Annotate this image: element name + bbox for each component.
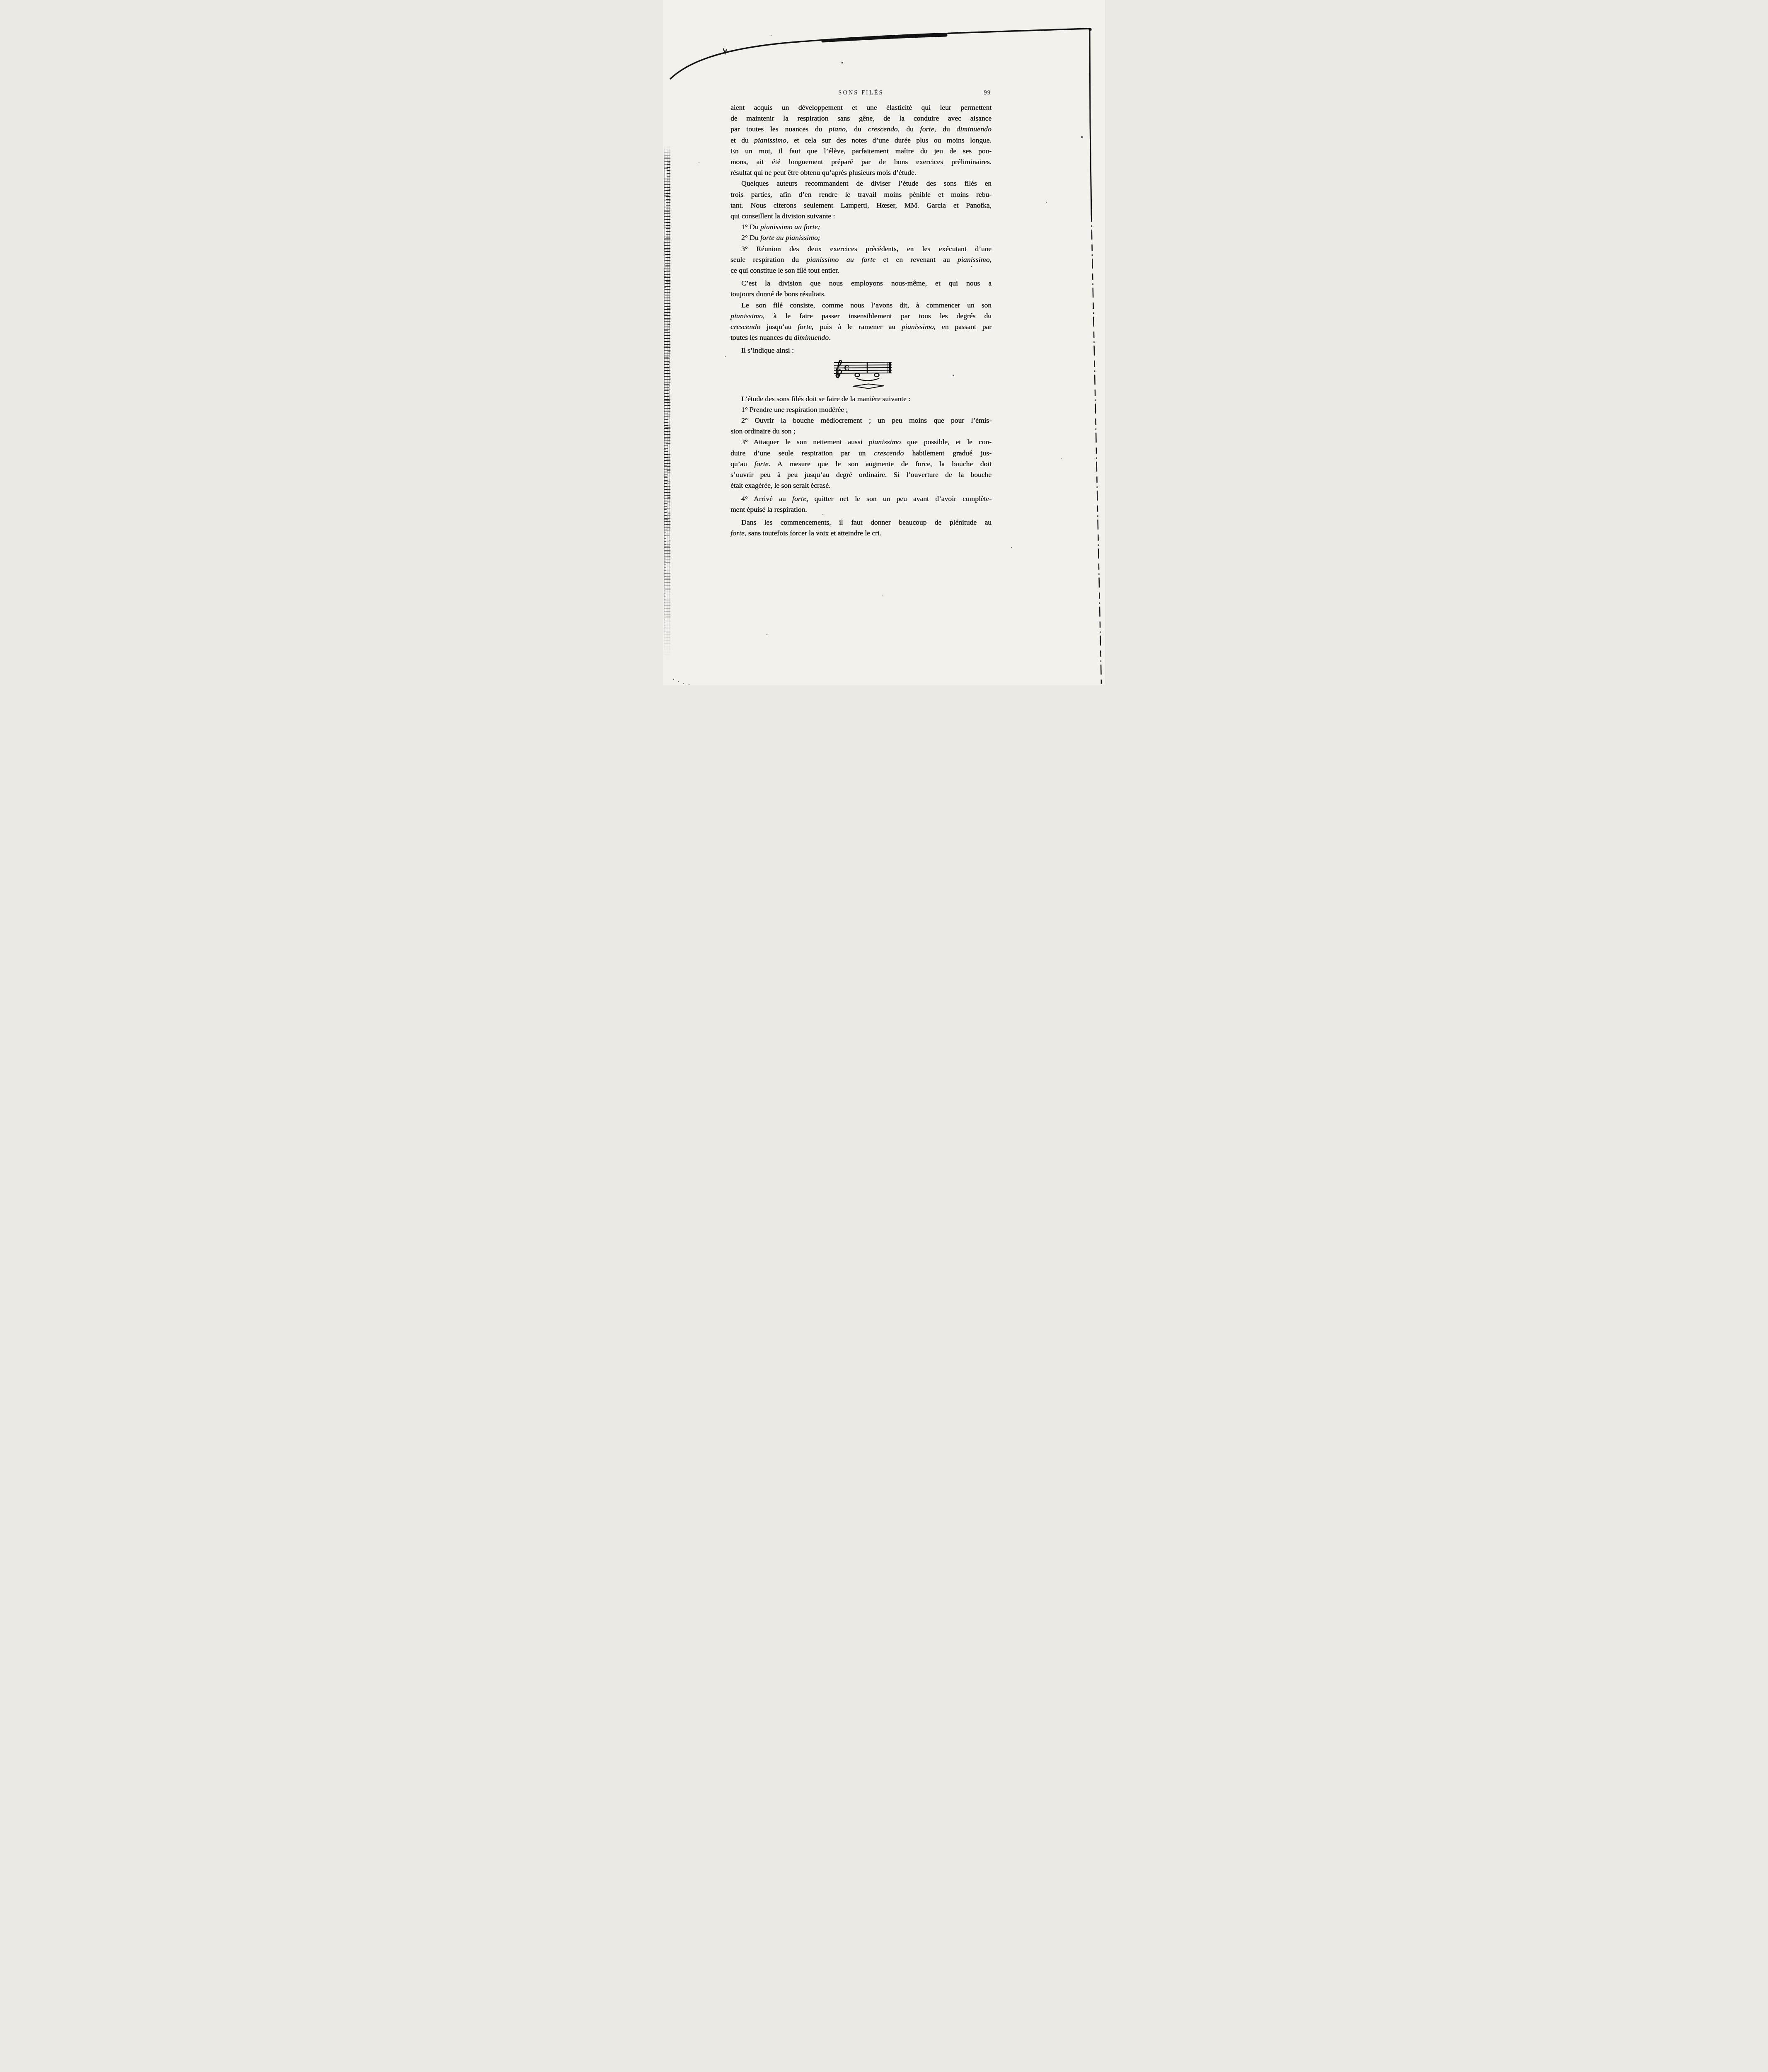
text-line: 4° Arrivé au forte, quitter net le son u… xyxy=(730,493,992,504)
time-signature: C xyxy=(844,364,849,372)
text-line: Le son filé consiste, comme nous l’avons… xyxy=(730,300,992,310)
list2-item-3: 3° Attaquer le son nettement aussi piani… xyxy=(730,436,992,491)
text-line: qui conseillent la division suivante : xyxy=(730,211,992,221)
text-line: sion ordinaire du son ; xyxy=(730,426,992,436)
paragraph-continuation: aient acquis un développement et une éla… xyxy=(730,102,992,178)
text-block: aient acquis un développement et une éla… xyxy=(730,102,992,538)
list2-item-1: 1° Prendre une respiration modérée ; xyxy=(730,404,992,415)
text-line: Il s’indique ainsi : xyxy=(730,345,992,356)
text-line: seule respiration du pianissimo au forte… xyxy=(730,254,992,265)
page-curl-line-thick xyxy=(823,35,946,41)
text-line: ce qui constitue le son filé tout entier… xyxy=(730,265,992,276)
text-line: 2° Ouvrir la bouche médiocrement ; un pe… xyxy=(730,415,992,426)
right-edge-line xyxy=(1090,29,1091,215)
paragraph-indique: Il s’indique ainsi : xyxy=(730,345,992,356)
text-line: résultat qui ne peut être obtenu qu’aprè… xyxy=(730,167,992,178)
list1-item-3: 3° Réunion des deux exercices précédents… xyxy=(730,243,992,276)
whole-note-2 xyxy=(875,373,879,377)
page-curl-notch xyxy=(723,49,726,53)
corner-blob xyxy=(1089,28,1092,31)
text-line: toutes les nuances du diminuendo. xyxy=(730,332,992,343)
text-line: par toutes les nuances du piano, du cres… xyxy=(730,123,992,134)
list2-item-4: 4° Arrivé au forte, quitter net le son u… xyxy=(730,493,992,515)
running-head: SONS FILÉS 99 xyxy=(730,90,992,99)
text-line: aient acquis un développement et une éla… xyxy=(730,102,992,113)
swell-mark xyxy=(853,384,884,388)
paragraph-son-file: Le son filé consiste, comme nous l’avons… xyxy=(730,300,992,343)
text-line: duire d’une seule respiration par un cre… xyxy=(730,448,992,458)
staff-lines xyxy=(834,362,892,373)
text-line: mons, ait été longuement préparé par de … xyxy=(730,156,992,167)
paragraph-division: C’est la division que nous employons nou… xyxy=(730,278,992,299)
text-line: et du pianissimo, et cela sur des notes … xyxy=(730,135,992,145)
text-line: pianissimo, à le faire passer insensible… xyxy=(730,310,992,321)
text-line: C’est la division que nous employons nou… xyxy=(730,278,992,288)
text-line: En un mot, il faut que l’élève, parfaite… xyxy=(730,145,992,156)
text-line: de maintenir la respiration sans gêne, d… xyxy=(730,113,992,123)
whole-note-1 xyxy=(855,373,860,377)
text-line: L’étude des sons filés doit se faire de … xyxy=(730,393,992,404)
right-edge-line-dashed xyxy=(1091,215,1101,684)
paragraph-authors: Quelques auteurs recommandent de diviser… xyxy=(730,178,992,221)
text-line: était exagérée, le son serait écrasé. xyxy=(730,480,992,491)
paragraph-etude: L’étude des sons filés doit se faire de … xyxy=(730,393,992,404)
text-line: 1° Prendre une respiration modérée ; xyxy=(730,404,992,415)
text-line: ment épuisé la respiration. xyxy=(730,504,992,515)
text-line: forte, sans toutefois forcer la voix et … xyxy=(730,528,992,538)
text-line: Dans les commencements, il faut donner b… xyxy=(730,517,992,528)
text-line: 1° Du pianissimo au forte; xyxy=(730,221,992,232)
music-figure: C xyxy=(832,360,895,391)
dust-specks xyxy=(663,0,664,1)
text-line: 3° Réunion des deux exercices précédents… xyxy=(730,243,992,254)
list1-item-1: 1° Du pianissimo au forte; xyxy=(730,221,992,232)
page-number: 99 xyxy=(984,90,991,97)
scanned-book-page: SONS FILÉS 99 aient acquis un développem… xyxy=(663,0,1105,685)
paragraph-final: Dans les commencements, il faut donner b… xyxy=(730,517,992,538)
text-line: 2° Du forte au pianissimo; xyxy=(730,232,992,243)
page-title: SONS FILÉS xyxy=(730,90,992,97)
text-line: tant. Nous citerons seulement Lamperti, … xyxy=(730,200,992,211)
text-line: qu’au forte. A mesure que le son augment… xyxy=(730,458,992,469)
list2-item-2: 2° Ouvrir la bouche médiocrement ; un pe… xyxy=(730,415,992,436)
text-line: crescendo jusqu’au forte, puis à le rame… xyxy=(730,321,992,332)
text-line: 3° Attaquer le son nettement aussi piani… xyxy=(730,436,992,447)
music-staff: C xyxy=(832,360,895,391)
text-line: Quelques auteurs recommandent de diviser… xyxy=(730,178,992,189)
text-line: toujours donné de bons résultats. xyxy=(730,288,992,299)
page-curl-line xyxy=(670,29,1090,79)
list1-item-2: 2° Du forte au pianissimo; xyxy=(730,232,992,243)
final-barline-thick xyxy=(889,362,891,373)
binding-edge-texture xyxy=(664,146,670,662)
tie-slur xyxy=(856,378,879,381)
text-line: trois parties, afin d’en rendre le trava… xyxy=(730,189,992,200)
text-line: s’ouvrir peu à peu jusqu’au degré ordina… xyxy=(730,469,992,480)
